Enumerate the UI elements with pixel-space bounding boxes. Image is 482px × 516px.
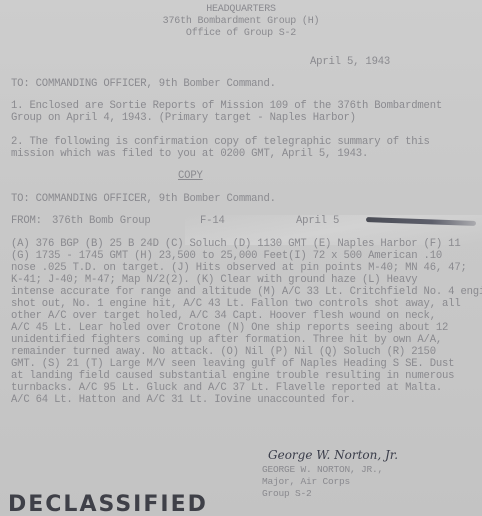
declassified-stamp: DECLASSIFIED [8, 492, 208, 516]
para1-line-1: 1. Enclosed are Sortie Reports of Missio… [11, 100, 442, 112]
summary-line: nose .025 T.D. on target. (J) Hits obser… [11, 262, 467, 274]
document-page: HEADQUARTERS 376th Bombardment Group (H)… [0, 0, 482, 516]
copy-to-line: TO: COMMANDING OFFICER, 9th Bomber Comma… [11, 193, 276, 205]
summary-line: K-41; J-40; M-47; Map N/2(2). (K) Clear … [11, 274, 417, 286]
summary-line: other A/C over target holed, A/C 34 Capt… [11, 310, 436, 322]
summary-line: intense accurate for range and altitude … [11, 286, 482, 298]
summary-line: (G) 1735 - 1745 GMT (H) 23,500 to 25,000… [11, 250, 442, 262]
copy-heading: COPY [178, 170, 203, 182]
para1-line-2: Group on April 4, 1943. (Primary target … [11, 112, 356, 124]
summary-line: turnbacks. A/C 95 Lt. Gluck and A/C 37 L… [11, 382, 442, 394]
from-date: April 5 [296, 215, 339, 227]
from-label: FROM: [11, 215, 42, 227]
summary-line: A/C 45 Lt. Lear holed over Crotone (N) O… [11, 322, 448, 334]
summary-line: (A) 376 BGP (B) 25 B 24D (C) Soluch (D) … [11, 238, 460, 250]
summary-line: GMT. (S) 21 (T) Large M/V seen leaving g… [11, 358, 454, 370]
header-line-2: 376th Bombardment Group (H) [0, 16, 482, 27]
signatory-name: GEORGE W. NORTON, JR., [262, 464, 383, 475]
summary-line: at landing field caused substantial engi… [11, 370, 454, 382]
para2-line-2: mission which was filed to you at 0200 G… [11, 148, 368, 160]
para2-line-1: 2. The following is confirmation copy of… [11, 136, 430, 148]
from-value: 376th Bomb Group [52, 215, 151, 227]
summary-line: A/C 64 Lt. Hatton and A/C 31 Lt. Iovine … [11, 394, 356, 406]
to-line: TO: COMMANDING OFFICER, 9th Bomber Comma… [11, 78, 276, 90]
summary-line: unidentified fighters coming up after fo… [11, 334, 442, 346]
signatory-rank: Major, Air Corps [262, 476, 350, 487]
header-line-1: HEADQUARTERS [0, 4, 482, 15]
summary-line: shot out, No. 1 engine hit, A/C 43 Lt. F… [11, 298, 460, 310]
handwritten-signature: George W. Norton, Jr. [268, 448, 398, 462]
document-date: April 5, 1943 [310, 56, 390, 68]
signatory-office: Group S-2 [262, 488, 312, 499]
summary-line: remainder turned away. No attack. (O) Ni… [11, 346, 436, 358]
header-line-3: Office of Group S-2 [0, 28, 482, 39]
from-ref: F-14 [200, 215, 225, 227]
